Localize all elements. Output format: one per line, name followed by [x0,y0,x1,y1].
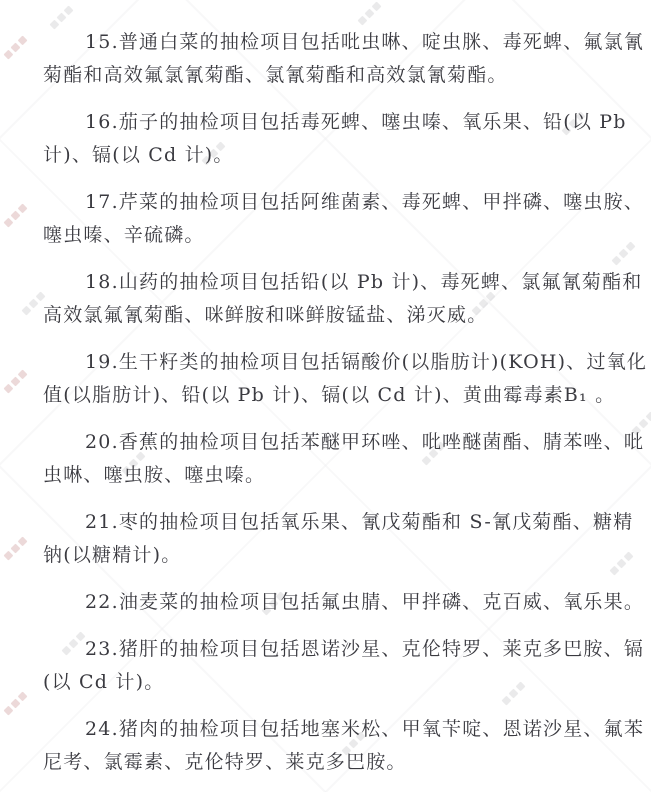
watermark-stamp [609,551,633,575]
watermark-stamp [3,691,27,715]
paragraph-line: 高效氯氟氰菊酯、咪鲜胺和咪鲜胺锰盐、涕灭威。 [43,299,611,332]
paragraph-16: 16.茄子的抽检项目包括毒死蜱、噻虫嗪、氧乐果、铅(以 Pb计)、镉(以 Cd … [43,106,611,172]
paragraph-22: 22.油麦菜的抽检项目包括氟虫腈、甲拌磷、克百威、氧乐果。 [43,586,611,619]
paragraph-line: 菊酯和高效氟氯氰菊酯、氯氰菊酯和高效氯氰菊酯。 [43,59,611,92]
paragraph-line: 17.芹菜的抽检项目包括阿维菌素、毒死蜱、甲拌磷、噻虫胺、 [43,186,611,219]
paragraph-line: 值(以脂肪计)、铅(以 Pb 计)、镉(以 Cd 计)、黄曲霉毒素B₁ 。 [43,379,611,412]
paragraph-line: 虫啉、噻虫胺、噻虫嗪。 [43,459,611,492]
paragraph-19: 19.生干籽类的抽检项目包括镉酸价(以脂肪计)(KOH)、过氧化值(以脂肪计)、… [43,346,611,412]
paragraph-line: 计)、镉(以 Cd 计)。 [43,139,611,172]
paragraph-17: 17.芹菜的抽检项目包括阿维菌素、毒死蜱、甲拌磷、噻虫胺、噻虫嗪、辛硫磷。 [43,186,611,252]
paragraph-23: 23.猪肝的抽检项目包括恩诺沙星、克伦特罗、莱克多巴胺、镉(以 Cd 计)。 [43,633,611,699]
watermark-stamp [3,35,27,59]
paragraph-line: 21.枣的抽检项目包括氧乐果、氰戊菊酯和 S-氰戊菊酯、糖精 [43,506,611,539]
paragraph-line: 噻虫嗪、辛硫磷。 [43,219,611,252]
paragraph-24: 24.猪肉的抽检项目包括地塞米松、甲氧苄啶、恩诺沙星、氟苯尼考、氯霉素、克伦特罗… [43,713,611,779]
document-text-area: 15.普通白菜的抽检项目包括吡虫啉、啶虫脒、毒死蜱、氟氯氰菊酯和高效氟氯氰菊酯、… [43,26,611,792]
paragraph-line: (以 Cd 计)。 [43,666,611,699]
paragraph-line: 23.猪肝的抽检项目包括恩诺沙星、克伦特罗、莱克多巴胺、镉 [43,633,611,666]
paragraph-line: 19.生干籽类的抽检项目包括镉酸价(以脂肪计)(KOH)、过氧化 [43,346,611,379]
paragraph-line: 尼考、氯霉素、克伦特罗、莱克多巴胺。 [43,746,611,779]
paragraph-line: 18.山药的抽检项目包括铅(以 Pb 计)、毒死蜱、氯氟氰菊酯和 [43,266,611,299]
watermark-stamp [21,291,45,315]
paragraph-line: 15.普通白菜的抽检项目包括吡虫啉、啶虫脒、毒死蜱、氟氯氰 [43,26,611,59]
paragraph-line: 钠(以糖精计)。 [43,539,611,572]
paragraph-15: 15.普通白菜的抽检项目包括吡虫啉、啶虫脒、毒死蜱、氟氯氰菊酯和高效氟氯氰菊酯、… [43,26,611,92]
paragraph-line: 22.油麦菜的抽检项目包括氟虫腈、甲拌磷、克百威、氧乐果。 [43,586,611,619]
watermark-stamp [611,241,635,265]
paragraph-18: 18.山药的抽检项目包括铅(以 Pb 计)、毒死蜱、氯氟氰菊酯和高效氯氟氰菊酯、… [43,266,611,332]
paragraph-line: 24.猪肉的抽检项目包括地塞米松、甲氧苄啶、恩诺沙星、氟苯 [43,713,611,746]
paragraph-line: 16.茄子的抽检项目包括毒死蜱、噻虫嗪、氧乐果、铅(以 Pb [43,106,611,139]
paragraph-21: 21.枣的抽检项目包括氧乐果、氰戊菊酯和 S-氰戊菊酯、糖精钠(以糖精计)。 [43,506,611,572]
watermark-stamp [3,536,27,560]
paragraph-20: 20.香蕉的抽检项目包括苯醚甲环唑、吡唑醚菌酯、腈苯唑、吡虫啉、噻虫胺、噻虫嗪。 [43,426,611,492]
document-page: 15.普通白菜的抽检项目包括吡虫啉、啶虫脒、毒死蜱、氟氯氰菊酯和高效氟氯氰菊酯、… [0,0,651,792]
watermark-stamp [3,369,27,393]
watermark-stamp [357,1,381,25]
watermark-stamp [3,203,27,227]
paragraph-line: 20.香蕉的抽检项目包括苯醚甲环唑、吡唑醚菌酯、腈苯唑、吡 [43,426,611,459]
